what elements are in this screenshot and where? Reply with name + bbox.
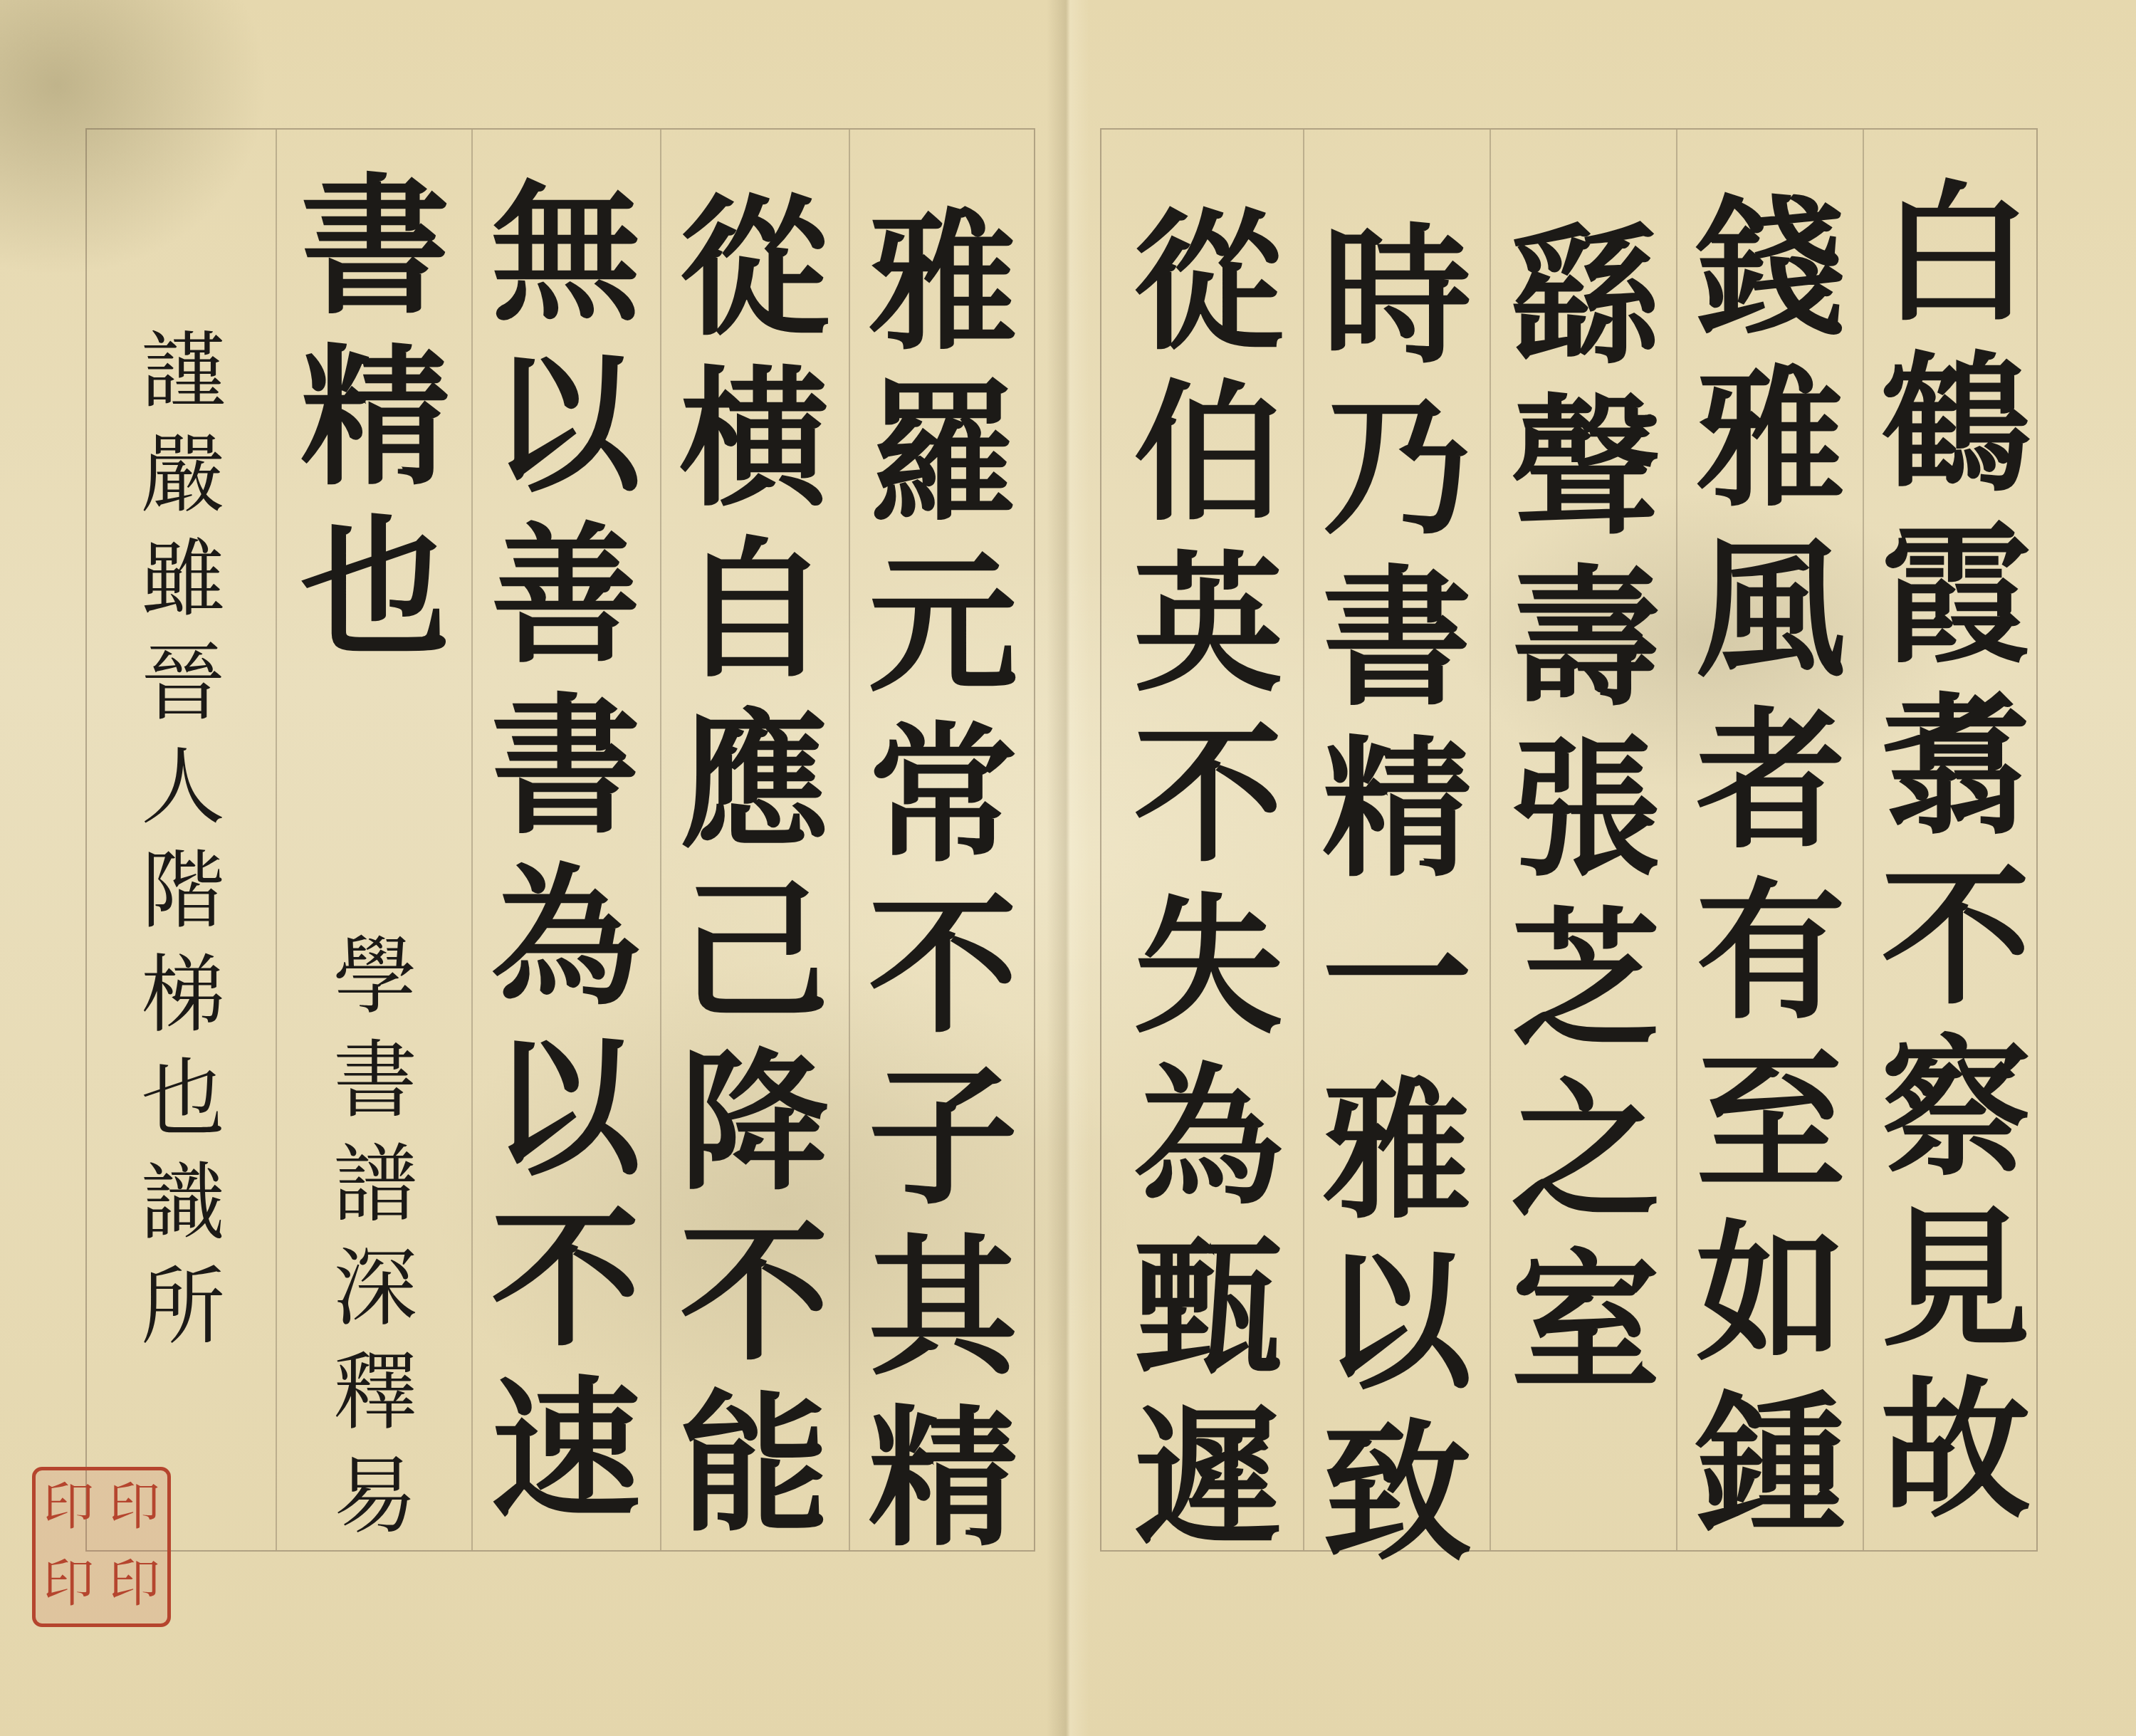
character: 階 (141, 849, 225, 933)
character: 不 (491, 1205, 640, 1354)
character: 故 (1881, 1376, 2031, 1525)
character: 梯 (141, 953, 225, 1037)
character: 繇 (1511, 222, 1660, 372)
character: 風 (1696, 535, 1846, 685)
character: 應 (679, 706, 829, 856)
character: 書 (300, 172, 450, 322)
character: 自 (679, 535, 829, 685)
character: 英 (1134, 550, 1283, 699)
character: 張 (1511, 735, 1660, 884)
character: 己 (679, 877, 829, 1027)
left-page-frame: 雅 羅 元 常 不 子 其 精 從 横 自 應 己 降 不 能 無 以 善 書 … (85, 128, 1035, 1552)
character: 不 (679, 1219, 829, 1369)
character: 書 (333, 1038, 417, 1122)
character: 學 (333, 934, 417, 1018)
character: 一 (1322, 906, 1472, 1055)
column-rule (471, 130, 473, 1550)
character: 常 (868, 721, 1017, 870)
calligraphy-leaf: 白 鶴 霞 翥 不 察 見 故 錢 雅 風 者 有 至 如 鍾 繇 聲 壽 張 … (0, 0, 2136, 1736)
character: 能 (679, 1390, 829, 1539)
character: 遲 (1134, 1404, 1283, 1554)
character: 精 (868, 1404, 1017, 1554)
right-page-frame: 白 鶴 霞 翥 不 察 見 故 錢 雅 風 者 有 至 如 鍾 繇 聲 壽 張 … (1100, 128, 2038, 1552)
character: 失 (1134, 891, 1283, 1041)
character: 善 (491, 521, 640, 671)
inscription-column: 謹 嚴 雖 晉 人 階 梯 也 識 所 (101, 329, 265, 1369)
text-column: 從 伯 英 不 失 為 甄 遲 (1116, 208, 1301, 1575)
character: 雅 (868, 208, 1017, 357)
text-column: 白 鶴 霞 翥 不 察 見 故 (1870, 179, 2041, 1547)
character: 嚴 (141, 433, 225, 517)
character: 為 (491, 863, 640, 1013)
center-fold (1047, 0, 1089, 1736)
character: 雖 (141, 537, 225, 621)
character: 速 (491, 1376, 640, 1525)
character: 如 (1696, 1219, 1846, 1369)
character: 翥 (1881, 692, 2031, 842)
character: 譜 (333, 1142, 417, 1226)
text-column: 書 精 也 (283, 172, 468, 685)
character: 不 (1134, 721, 1283, 870)
text-column: 錢 雅 風 者 有 至 如 鍾 (1682, 194, 1860, 1561)
signature-column: 學 書 譜 深 釋 易 (293, 934, 457, 1558)
seal-character: 印 (36, 1547, 102, 1624)
character: 芝 (1511, 906, 1660, 1055)
character: 雅 (1322, 1077, 1472, 1226)
character: 白 (1881, 179, 2031, 329)
character: 子 (868, 1062, 1017, 1212)
character: 之 (1511, 1077, 1660, 1226)
column-rule (1863, 130, 1864, 1550)
character: 精 (1322, 735, 1472, 884)
character: 壽 (1511, 564, 1660, 713)
character: 精 (300, 343, 450, 493)
character: 雅 (1696, 365, 1846, 514)
character: 伯 (1134, 379, 1283, 528)
character: 有 (1696, 877, 1846, 1027)
character: 見 (1881, 1205, 2031, 1354)
character: 羅 (868, 379, 1017, 528)
character: 不 (868, 891, 1017, 1041)
character: 降 (679, 1048, 829, 1198)
character: 時 (1322, 222, 1472, 372)
character: 室 (1511, 1248, 1660, 1397)
red-seal-stamp: 印 印 印 印 (32, 1467, 171, 1627)
character: 易 (333, 1454, 417, 1538)
character: 以 (1322, 1248, 1472, 1397)
character: 從 (679, 194, 829, 343)
character: 其 (868, 1233, 1017, 1383)
character: 聲 (1511, 393, 1660, 543)
character: 無 (491, 179, 640, 329)
character: 鍾 (1696, 1390, 1846, 1539)
character: 甄 (1134, 1233, 1283, 1383)
character: 乃 (1322, 393, 1472, 543)
character: 霞 (1881, 521, 2031, 671)
character: 不 (1881, 863, 2031, 1013)
character: 横 (679, 365, 829, 514)
character: 人 (141, 745, 225, 829)
character: 書 (1322, 564, 1472, 713)
character: 釋 (333, 1350, 417, 1434)
character: 至 (1696, 1048, 1846, 1198)
column-rule (1303, 130, 1304, 1550)
column-rule (1676, 130, 1677, 1550)
character: 也 (141, 1057, 225, 1141)
character: 謹 (141, 329, 225, 413)
seal-character: 印 (102, 1470, 168, 1547)
character: 晉 (141, 641, 225, 725)
character: 書 (491, 692, 640, 842)
seal-character: 印 (36, 1470, 102, 1547)
character: 深 (333, 1246, 417, 1330)
text-column: 雅 羅 元 常 不 子 其 精 (856, 208, 1030, 1575)
character: 以 (491, 1034, 640, 1183)
character: 元 (868, 550, 1017, 699)
character: 所 (141, 1265, 225, 1349)
character: 致 (1322, 1418, 1472, 1568)
text-column: 繇 聲 壽 張 芝 之 室 (1497, 222, 1675, 1418)
text-column: 無 以 善 書 為 以 不 速 (475, 179, 656, 1547)
column-rule (660, 130, 661, 1550)
column-rule (849, 130, 850, 1550)
seal-character: 印 (102, 1547, 168, 1624)
character: 為 (1134, 1062, 1283, 1212)
character: 識 (141, 1161, 225, 1245)
text-column: 時 乃 書 精 一 雅 以 致 (1308, 222, 1486, 1589)
character: 也 (300, 514, 450, 664)
character: 以 (491, 350, 640, 500)
character: 察 (1881, 1034, 2031, 1183)
character: 者 (1696, 706, 1846, 856)
column-rule (1490, 130, 1491, 1550)
character: 從 (1134, 208, 1283, 357)
column-rule (276, 130, 277, 1550)
text-column: 從 横 自 應 己 降 不 能 (664, 194, 845, 1561)
character: 鶴 (1881, 350, 2031, 500)
character: 錢 (1696, 194, 1846, 343)
